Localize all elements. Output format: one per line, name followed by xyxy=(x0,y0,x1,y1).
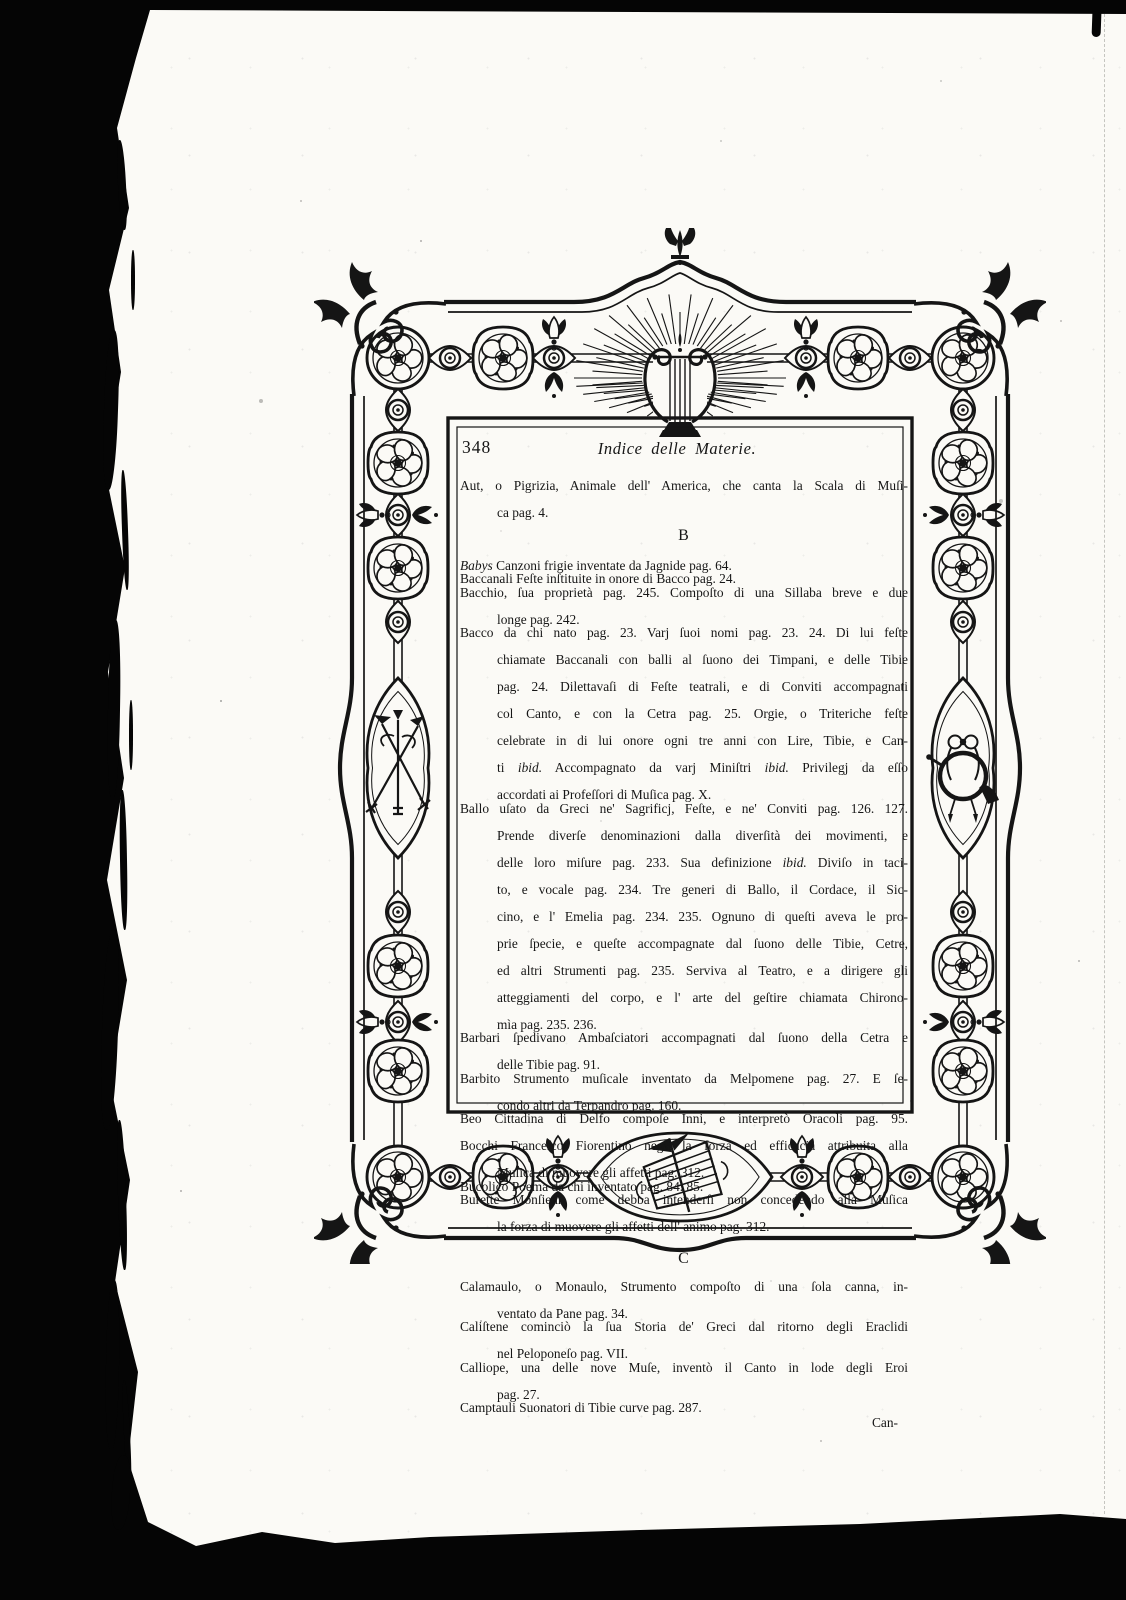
index-sections: BBabys Canzoni frigie inventate da Jagni… xyxy=(460,527,908,1415)
index-line: Burette Monſieur come debba intenderſi n… xyxy=(460,1193,908,1220)
index-entry: Bacchio, ſua proprietà pag. 245. Compoſt… xyxy=(460,586,908,627)
index-line: nel Peloponeſo pag. VII. xyxy=(460,1347,908,1361)
index-entry: Bacco da chi nato pag. 23. Varj ſuoi nom… xyxy=(460,626,908,802)
sunburst-ray xyxy=(596,385,644,387)
index-entry: Barbito Strumento muſicale inventato da … xyxy=(460,1072,908,1113)
sunburst-ray xyxy=(662,313,672,346)
index-line: Bacco da chi nato pag. 23. Varj ſuoi nom… xyxy=(460,626,908,653)
index-line: condo altri da Terpandro pag. 160. xyxy=(460,1099,908,1113)
rosette-medallion xyxy=(368,432,428,494)
chain-ring xyxy=(386,601,410,643)
index-line: Caliſtene cominciò la ſua Storia de' Gre… xyxy=(460,1320,908,1347)
index-line: to, e vocale pag. 234. Tre generi di Bal… xyxy=(460,883,908,910)
index-line: Calamaulo, o Monaulo, Strumento compoſto… xyxy=(460,1280,908,1307)
chain-ring xyxy=(951,389,975,431)
chain-ring xyxy=(951,601,975,643)
index-line: atteggiamenti del corpo, e l' arte del g… xyxy=(460,991,908,1018)
leaf-drop xyxy=(797,372,815,398)
index-line: accordati ai Profeſſori di Muſica pag. X… xyxy=(460,788,908,802)
crossed-arrows-icon xyxy=(366,678,430,858)
sunburst-ray xyxy=(716,385,764,387)
sunburst-ray xyxy=(708,334,745,357)
index-line: Ballo uſato da Greci ne' Sagrificj, Feſt… xyxy=(460,802,908,829)
index-line: ed altri Strumenti pag. 235. Serviva al … xyxy=(460,964,908,991)
leaf-drop xyxy=(412,506,438,524)
index-entry: Baccanali Feſte inſtituite in onore di B… xyxy=(460,572,908,586)
rosette-medallion xyxy=(368,1040,428,1102)
page-edge-streak xyxy=(129,700,133,770)
index-line: ventato da Pane pag. 34. xyxy=(460,1307,908,1321)
sunburst-ray xyxy=(615,334,652,357)
running-header: 348 Indice delle Materie. xyxy=(460,441,908,465)
index-line: Barbito Strumento muſicale inventato da … xyxy=(460,1072,908,1099)
sunburst-ray xyxy=(716,358,764,369)
sunburst-ray xyxy=(596,358,644,369)
sunburst-ray xyxy=(688,313,698,346)
index-entry: Barbari ſpedivano Ambaſciatori accompagn… xyxy=(460,1031,908,1072)
sunburst-ray xyxy=(702,325,731,353)
index-line: mìa pag. 235. 236. xyxy=(460,1018,908,1032)
index-entry: Caliſtene cominciò la ſua Storia de' Gre… xyxy=(460,1320,908,1361)
index-line: Baccanali Feſte inſtituite in onore di B… xyxy=(460,572,908,586)
scan-artifact xyxy=(1092,12,1102,37)
rosette-medallion xyxy=(367,327,429,389)
lyre-icon xyxy=(645,332,715,437)
fleur-de-lis-icon xyxy=(665,228,696,265)
index-line: Aut, o Pigrizia, Animale dell' America, … xyxy=(460,479,908,506)
index-line: delle Tibie pag. 91. xyxy=(460,1058,908,1072)
index-entry: Beo Cittadina di Delfo compoſe Inni, e i… xyxy=(460,1112,908,1139)
index-entry: Calamaulo, o Monaulo, Strumento compoſto… xyxy=(460,1280,908,1321)
leaf-drop xyxy=(923,506,949,524)
leaf-drop xyxy=(923,1013,949,1031)
index-line: Prende diverſe denominazioni dalla diver… xyxy=(460,829,908,856)
index-entry: Aut, o Pigrizia, Animale dell' America, … xyxy=(460,479,908,520)
page-edge-streak xyxy=(109,1454,132,1530)
rosette-medallion xyxy=(933,935,993,997)
adjacent-page-edge xyxy=(1104,14,1105,1514)
chain-ring xyxy=(386,891,410,933)
index-line: Calliope, una delle nove Muſe, inventò i… xyxy=(460,1361,908,1388)
paper-specks xyxy=(300,200,302,202)
rosette-medallion xyxy=(367,1146,429,1208)
rosette-medallion xyxy=(368,537,428,599)
index-line: ca pag. 4. xyxy=(460,506,908,520)
scanned-book-spread: 348 Indice delle Materie. Aut, o Pigrizi… xyxy=(0,0,1126,1600)
page-title: Indice delle Materie. xyxy=(460,442,894,456)
rosette-medallion xyxy=(368,935,428,997)
index-line: col Canto, e con la Cetra pag. 25. Orgie… xyxy=(460,707,908,734)
catchword: Can- xyxy=(460,1416,908,1430)
index-entry: Bocchi Franceſco Fiorentino nega la forz… xyxy=(460,1139,908,1180)
sunburst-ray xyxy=(695,318,715,349)
leaf-drop xyxy=(545,372,563,398)
rosette-medallion xyxy=(473,327,533,389)
index-entry: Babys Canzoni frigie inventate da Jagnid… xyxy=(460,559,908,573)
rosette-medallion xyxy=(932,327,994,389)
index-line: celebrate in di lui onore ogni tre anni … xyxy=(460,734,908,761)
index-entry: Bucolico Poema da chi inventato pag. 84.… xyxy=(460,1180,908,1194)
index-line: Bucolico Poema da chi inventato pag. 84.… xyxy=(460,1180,908,1194)
index-line: la forza di muovere gli affetti dell' an… xyxy=(460,1220,908,1234)
hunting-horn-icon xyxy=(926,678,999,858)
sunburst-ray xyxy=(718,371,768,375)
index-line: cino, e l' Emelia pag. 234. 235. Ognuno … xyxy=(460,910,908,937)
chain-ring xyxy=(429,346,471,370)
rosette-medallion xyxy=(933,432,993,494)
index-line: delle loro miſure pag. 233. Sua definizi… xyxy=(460,856,908,883)
index-entry: Camptauli Suonatori di Tibie curve pag. … xyxy=(460,1401,908,1415)
index-entry: Burette Monſieur come debba intenderſi n… xyxy=(460,1193,908,1234)
sunburst-ray xyxy=(644,318,664,349)
index-line: Beo Cittadina di Delfo compoſe Inni, e i… xyxy=(460,1112,908,1139)
index-line: longe pag. 242. xyxy=(460,613,908,627)
index-line: Bacchio, ſua proprietà pag. 245. Compoſt… xyxy=(460,586,908,613)
chain-ring xyxy=(951,891,975,933)
index-line: prie ſpecie, e queſte accompagnate dal ſ… xyxy=(460,937,908,964)
index-line: Muſica di muovere gli affetti pag. 312. xyxy=(460,1166,908,1180)
page-edge-streak xyxy=(106,620,121,800)
index-line: pag. 27. xyxy=(460,1388,908,1402)
index-line: Camptauli Suonatori di Tibie curve pag. … xyxy=(460,1401,908,1415)
index-entry: Ballo uſato da Greci ne' Sagrificj, Feſt… xyxy=(460,802,908,1032)
index-line: Bocchi Franceſco Fiorentino nega la forz… xyxy=(460,1139,908,1166)
rosette-medallion xyxy=(933,1040,993,1102)
index-line: pag. 24. Dilettavaſi di Feſte teatrali, … xyxy=(460,680,908,707)
index-entry: Calliope, una delle nove Muſe, inventò i… xyxy=(460,1361,908,1402)
section-heading: B xyxy=(460,527,908,545)
rosette-medallion xyxy=(828,327,888,389)
section-heading: C xyxy=(460,1250,908,1268)
index-line: ti ibid. Accompagnato da varj Miniſtri i… xyxy=(460,761,908,788)
index-text-block: 348 Indice delle Materie. Aut, o Pigrizi… xyxy=(460,441,908,1429)
sunburst-ray xyxy=(592,371,642,375)
chain-ring xyxy=(889,346,931,370)
index-line: Barbari ſpedivano Ambaſciatori accompagn… xyxy=(460,1031,908,1058)
page-edge-streak xyxy=(105,1280,121,1450)
leaf-drop xyxy=(412,1013,438,1031)
sunburst-ray xyxy=(628,325,657,353)
index-line: Babys Canzoni frigie inventate da Jagnid… xyxy=(460,559,908,573)
chain-ring xyxy=(386,389,410,431)
rosette-medallion xyxy=(933,537,993,599)
page-edge-streak xyxy=(131,250,135,310)
index-line: chiamate Baccanali con balli al ſuono de… xyxy=(460,653,908,680)
